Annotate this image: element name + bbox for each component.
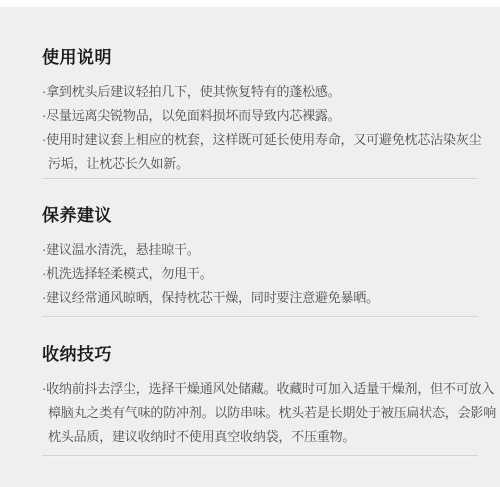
care-instructions-page: 使用说明 ·拿到枕头后建议轻拍几下，使其恢复特有的蓬松感。 ·尽量远离尖锐物品，… <box>0 0 500 457</box>
bullet-list-care: ·建议温水清洗，悬挂晾干。 ·机洗选择轻柔模式，勿甩干。 ·建议经常通风晾晒，保… <box>42 238 478 310</box>
top-strip <box>0 0 500 7</box>
bullet-line-continuation: 枕头品质，建议收纳时不使用真空收纳袋，不压重物。 <box>42 425 478 449</box>
bullet-line: ·收纳前抖去浮尘，选择干燥通风处储藏。收藏时可加入适量干燥剂，但不可放入 <box>42 377 478 401</box>
bullet-line: ·机洗选择轻柔模式，勿甩干。 <box>42 262 478 286</box>
bullet-list-storage: ·收纳前抖去浮尘，选择干燥通风处储藏。收藏时可加入适量干燥剂，但不可放入 樟脑丸… <box>42 377 478 449</box>
bullet-list-usage: ·拿到枕头后建议轻拍几下，使其恢复特有的蓬松感。 ·尽量远离尖锐物品，以免面料损… <box>42 80 478 176</box>
bullet-line-continuation: 污垢，让枕芯长久如新。 <box>42 152 478 176</box>
bullet-line: ·尽量远离尖锐物品，以免面料损坏而导致内芯裸露。 <box>42 104 478 128</box>
section-divider <box>42 178 478 180</box>
section-usage-instructions: 使用说明 ·拿到枕头后建议轻拍几下，使其恢复特有的蓬松感。 ·尽量远离尖锐物品，… <box>0 48 500 180</box>
section-title-care: 保养建议 <box>42 206 478 226</box>
bullet-line-continuation: 樟脑丸之类有气味的防冲剂。以防串味。枕头若是长期处于被压扁状态，会影响 <box>42 401 478 425</box>
bullet-line: ·建议温水清洗，悬挂晾干。 <box>42 238 478 262</box>
section-title-usage: 使用说明 <box>42 48 478 68</box>
bullet-line: ·使用时建议套上相应的枕套，这样既可延长使用寿命，又可避免枕芯沾染灰尘 <box>42 128 478 152</box>
section-divider <box>42 316 478 318</box>
section-storage-tips: 收纳技巧 ·收纳前抖去浮尘，选择干燥通风处储藏。收藏时可加入适量干燥剂，但不可放… <box>0 345 500 457</box>
bullet-line: ·建议经常通风晾晒，保持枕芯干燥，同时要注意避免暴晒。 <box>42 286 478 310</box>
section-care-suggestions: 保养建议 ·建议温水清洗，悬挂晾干。 ·机洗选择轻柔模式，勿甩干。 ·建议经常通… <box>0 206 500 318</box>
section-title-storage: 收纳技巧 <box>42 345 478 365</box>
section-divider <box>42 455 478 457</box>
bullet-line: ·拿到枕头后建议轻拍几下，使其恢复特有的蓬松感。 <box>42 80 478 104</box>
